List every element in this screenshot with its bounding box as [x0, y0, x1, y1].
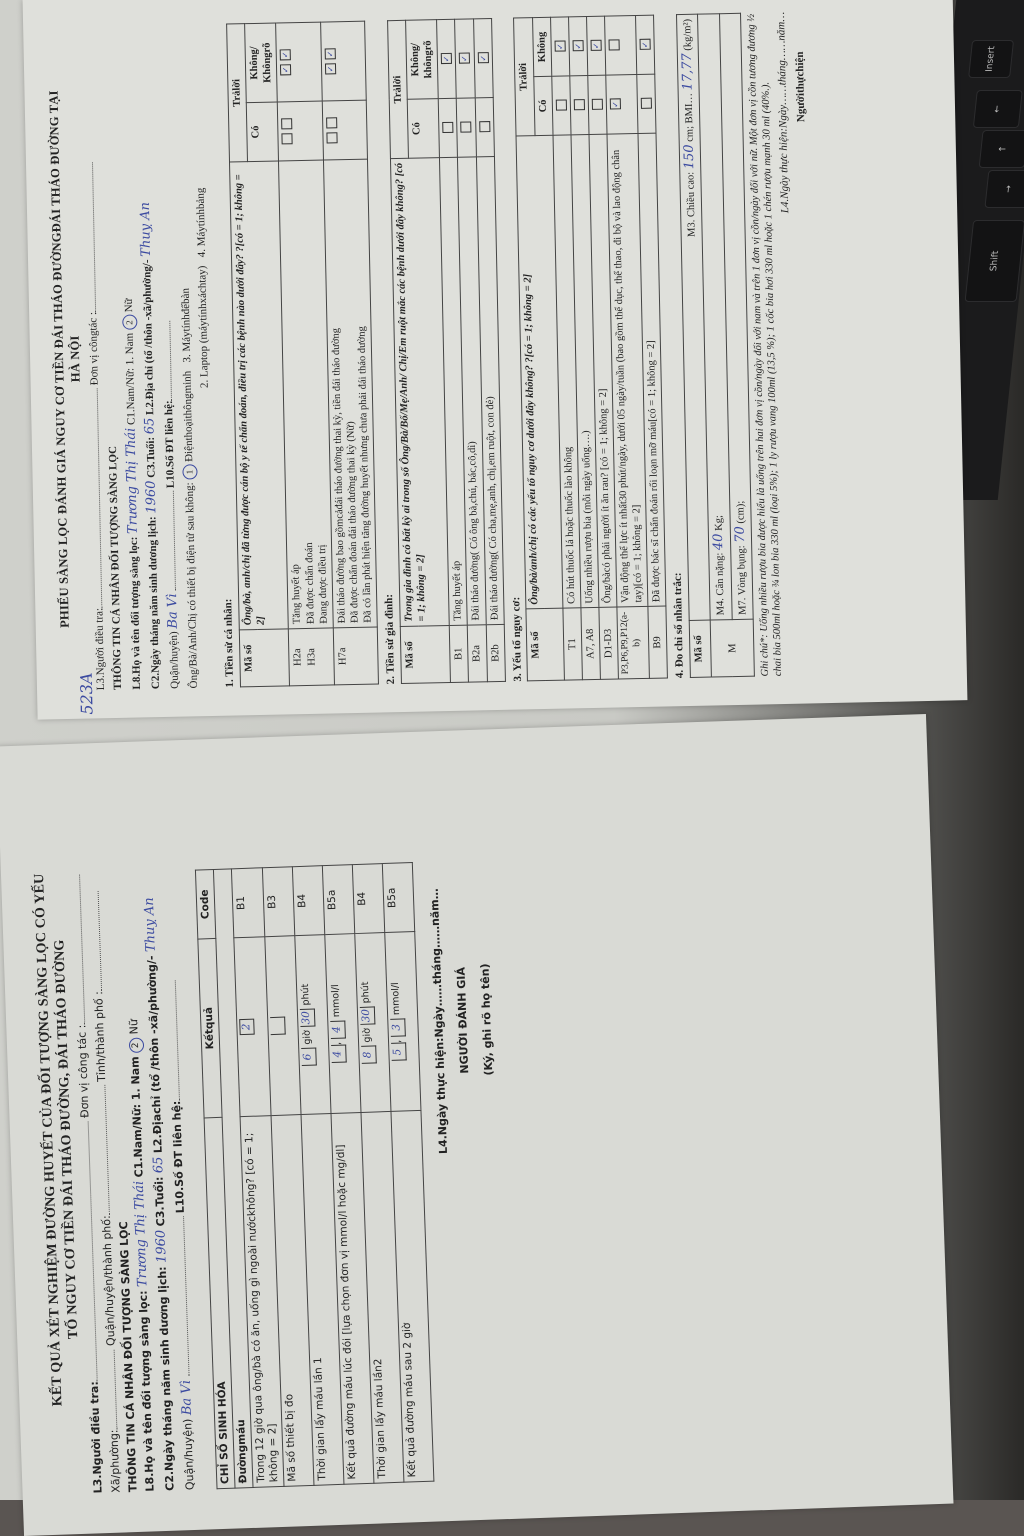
time2-minute[interactable]: 30 [360, 1006, 376, 1025]
age-value: 65 [151, 1156, 167, 1173]
checkbox-no[interactable]: ✓ [554, 41, 565, 52]
checkbox-yes[interactable] [556, 100, 567, 111]
screening-form: 523A PHIẾU SÀNG LỌC ĐÁNH GIÁ NGUY CƠ TIỀ… [23, 0, 844, 720]
checkbox-yes[interactable] [461, 122, 472, 133]
key-insert: Insert [968, 40, 1014, 78]
district-value: Ba Vì [178, 1380, 194, 1415]
checkbox-no[interactable]: ✓ [477, 53, 488, 64]
checkbox-no[interactable]: ✓ [459, 53, 470, 64]
weight-value: 40 [711, 533, 726, 550]
dob-value: 1960 [154, 1230, 170, 1264]
checkbox-yes[interactable] [574, 100, 585, 111]
checkbox-yes[interactable] [282, 118, 293, 129]
address-value: Thuỵ An [142, 897, 159, 952]
bmi-value: 17,77 [680, 53, 696, 91]
date-line: L4.Ngày thực hiện:Ngày……tháng……năm… [427, 861, 452, 1181]
checkbox-yes[interactable] [641, 98, 652, 109]
checkbox-yes[interactable] [326, 132, 337, 143]
personal-history-table: Mã số Ông/bà, anh/chị đã từng được cán b… [226, 21, 379, 688]
key-arrow-left: ← [973, 90, 1023, 128]
signer-note: (Ký, ghi rõ họ tên) [474, 859, 499, 1179]
height-value: 150 [682, 144, 698, 169]
anthropometrics-table: Mã số M3. Chiều cao: 150 cm; BMI… 17,77 … [676, 13, 755, 678]
checkbox-no[interactable]: ✓ [325, 63, 336, 74]
gender-selected: 2 [129, 1038, 145, 1054]
time2-hour[interactable]: 8 [361, 1046, 377, 1065]
key-shift: Shift [965, 220, 1024, 302]
district-value: Ba Vì [165, 593, 181, 628]
2h-glucose-dec[interactable]: 3 [390, 1018, 406, 1037]
key-arrow-up: ↑ [979, 130, 1024, 168]
dob-value: 1960 [144, 480, 160, 513]
gender-selected: 2 [122, 315, 137, 330]
fasting-glucose-int[interactable]: 4 [331, 1045, 347, 1064]
checkbox-no[interactable]: ✓ [280, 64, 291, 75]
checkbox-yes[interactable] [443, 122, 454, 133]
blood-glucose-form: KẾT QUẢ XÉT NGHIỆM ĐƯỜNG HUYẾT CỦA ĐỐI T… [0, 728, 541, 1536]
checkbox-yes[interactable] [326, 117, 337, 128]
checkbox-no[interactable]: ✓ [441, 53, 452, 64]
form-code-handwritten: 523A [77, 672, 98, 715]
risk-factors-table: Mã số Ông/bà/anh/chị có các yếu tố nguy … [513, 15, 668, 682]
2h-glucose-int[interactable]: 5 [391, 1043, 407, 1062]
address-value: Thuỵ An [138, 202, 154, 257]
name-value: Trương Thị Thái [132, 1181, 151, 1288]
checkbox-yes[interactable] [282, 133, 293, 144]
time1-hour[interactable]: 6 [301, 1048, 317, 1067]
checkbox-no[interactable]: ✓ [640, 39, 651, 50]
checkbox-no[interactable]: ✓ [280, 49, 291, 60]
checkbox-no[interactable]: ✓ [324, 48, 335, 59]
checkbox-no[interactable]: ✓ [591, 40, 602, 51]
checkbox-yes[interactable] [479, 122, 490, 133]
time1-minute[interactable]: 30 [300, 1009, 316, 1028]
checkbox-no[interactable]: ✓ [572, 41, 583, 52]
screening-form-sheet: 523A PHIẾU SÀNG LỌC ĐÁNH GIÁ NGUY CƠ TIỀ… [23, 0, 968, 720]
fasting-answer[interactable]: 2 [239, 1019, 255, 1036]
name-value: Trương Thị Thái [123, 428, 140, 534]
blood-glucose-form-sheet: KẾT QUẢ XÉT NGHIỆM ĐƯỜNG HUYẾT CỦA ĐỐI T… [0, 714, 954, 1536]
device-selected: 1 [182, 464, 197, 479]
device-code-field[interactable] [270, 1017, 286, 1036]
checkbox-yes[interactable]: ✓ [610, 99, 621, 110]
waist-value: 70 [732, 526, 747, 543]
signer-title: NGƯỜI ĐÁNH GIÁ [451, 860, 476, 1180]
blood-glucose-table: CHỈ SỐ SINH HÓA Kếtquả Code Đườngmáu Tro… [195, 862, 435, 1489]
family-history-table: Mã số Trong gia đình có bất kỳ ai trong … [387, 18, 506, 684]
checkbox-no[interactable] [609, 40, 620, 51]
age-value: 65 [142, 417, 157, 434]
fasting-glucose-dec[interactable]: 4 [331, 1020, 347, 1039]
key-arrow-right: → [984, 170, 1024, 208]
checkbox-yes[interactable] [592, 99, 603, 110]
